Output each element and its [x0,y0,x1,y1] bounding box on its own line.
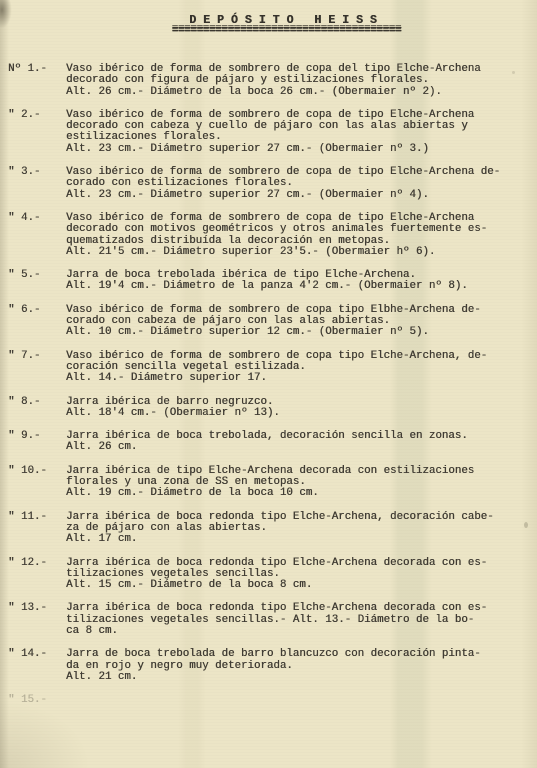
entry-description: Jarra ibérica de boca trebolada, decorac… [66,431,531,454]
entry-description: Jarra de boca trebolada de barro blancuz… [66,649,531,683]
entry-number: " 15.- [8,695,66,706]
entry-description: Vaso ibérico de forma de sombrero de cop… [66,64,531,98]
entry-number: " 5.- [8,270,66,281]
entry-description: Jarra ibérica de boca redonda tipo Elche… [66,512,531,546]
entry-number: Nº 1.- [8,64,66,75]
entry-description: Vaso ibérico de forma de sombrero de cop… [66,110,531,155]
entry-description: Vaso ibérico de forma de sombrero de cop… [66,351,531,385]
entry-number: " 11.- [8,512,66,523]
entry-description: Jarra ibérica de boca redonda tipo Elche… [66,603,531,637]
document-page: DEPÓSITO HEISS =========================… [0,0,537,768]
entry-description: Jarra ibérica de boca redonda tipo Elche… [66,558,531,592]
catalog-entry: Nº 1.- Vaso ibérico de forma de sombrero… [8,64,531,98]
catalog-entry: " 7.- Vaso ibérico de forma de sombrero … [8,351,531,385]
entry-number: " 4.- [8,213,66,224]
entry-number: " 8.- [8,397,66,408]
catalog-entry: " 4.- Vaso ibérico de forma de sombrero … [8,213,531,258]
scan-speck [512,71,515,74]
entry-description: Jarra de boca trebolada ibérica de tipo … [66,270,531,293]
catalog-entry: " 3.- Vaso ibérico de forma de sombrero … [8,167,531,201]
entry-number: " 13.- [8,603,66,614]
entry-number: " 7.- [8,351,66,362]
entry-description: Jarra ibérica de barro negruzco. Alt. 18… [66,397,531,420]
entry-number: " 10.- [8,466,66,477]
catalog-entry: " 14.- Jarra de boca trebolada de barro … [8,649,531,683]
entry-number: " 14.- [8,649,66,660]
catalog-entry: " 8.- Jarra ibérica de barro negruzco. A… [8,397,531,420]
entry-description: Vaso ibérico de forma de sombrero de cop… [66,167,531,201]
catalog-entry: " 13.- Jarra ibérica de boca redonda tip… [8,603,531,637]
entry-number: " 6.- [8,305,66,316]
entry-description: Jarra ibérica de tipo Elche-Archena deco… [66,466,531,500]
entry-number: " 9.- [8,431,66,442]
catalog-entry: " 10.- Jarra ibérica de tipo Elche-Arche… [8,466,531,500]
entry-number: " 2.- [8,110,66,121]
catalog-entry: " 9.- Jarra ibérica de boca trebolada, d… [8,431,531,454]
catalog-entry: " 2.- Vaso ibérico de forma de sombrero … [8,110,531,155]
entry-description: Vaso ibérico de forma de sombrero de cop… [66,305,531,339]
entry-number: " 12.- [8,558,66,569]
catalog-entry: " 11.- Jarra ibérica de boca redonda tip… [8,512,531,546]
scan-speck [524,522,528,528]
title-block: DEPÓSITO HEISS =========================… [8,14,531,35]
catalog-entry: " 15.- [8,695,531,706]
catalog-entries: Nº 1.- Vaso ibérico de forma de sombrero… [8,64,531,706]
entry-number: " 3.- [8,167,66,178]
catalog-entry: " 12.- Jarra ibérica de boca redonda tip… [8,558,531,592]
title-underline: ===================================== [42,28,531,35]
entry-description: Vaso ibérico de forma de sombrero de cop… [66,213,531,258]
catalog-entry: " 5.- Jarra de boca trebolada ibérica de… [8,270,531,293]
catalog-entry: " 6.- Vaso ibérico de forma de sombrero … [8,305,531,339]
